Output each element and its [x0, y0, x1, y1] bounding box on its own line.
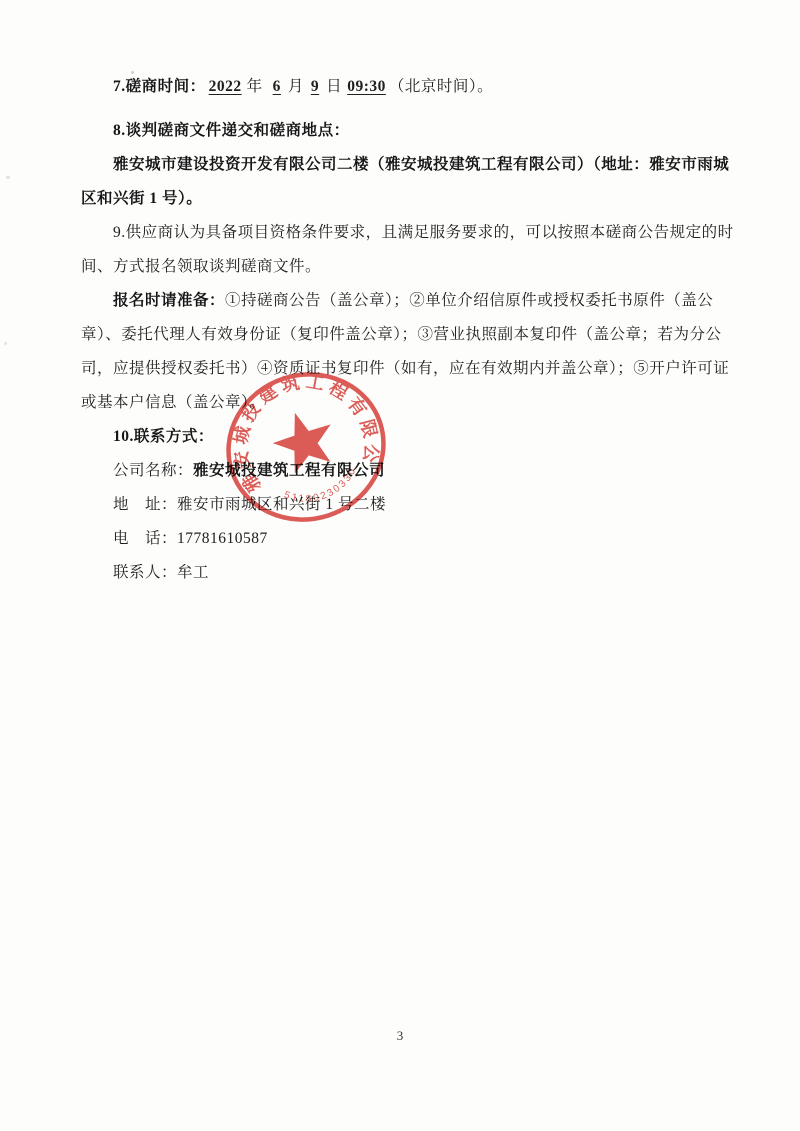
meeting-year-value: 2022 [206, 78, 245, 95]
meeting-year-unit: 年 [245, 78, 265, 95]
company-name-label: 公司名称： [113, 462, 193, 479]
meeting-day-unit: 日 [324, 78, 344, 95]
company-seal: 雅安城投建筑工程有限公司 51180230330 [221, 366, 391, 528]
location-line-2: 区和兴街 1 号）。 [81, 182, 739, 216]
scan-speck [4, 342, 7, 345]
seal-star [266, 403, 342, 477]
contact-person-value: 牟工 [177, 564, 209, 581]
address-line: 地 址：雅安市雨城区和兴街 1 号二楼 [81, 488, 739, 522]
contact-section-heading: 10.联系方式： [81, 420, 739, 454]
meeting-time-label: 7.磋商时间： [113, 78, 206, 95]
company-name-line: 公司名称：雅安城投建筑工程有限公司 [81, 454, 739, 488]
meeting-month-unit: 月 [286, 78, 306, 95]
meeting-time-suffix: （北京时间）。 [389, 78, 493, 95]
meeting-time-line: 7.磋商时间：2022年6月9日09:30（北京时间）。 [81, 70, 739, 104]
submission-location-heading: 8.谈判磋商文件递交和磋商地点： [81, 114, 739, 148]
signup-line-4: 或基本户信息（盖公章）。 [81, 386, 739, 420]
seal-code-text: 51180230330 [278, 462, 365, 514]
signup-line-1: 报名时请准备：①持磋商公告（盖公章）；②单位介绍信原件或授权委托书原件（盖公 [81, 284, 739, 318]
signup-line-3: 司，应提供授权委托书）④资质证书复印件（如有，应在有效期内并盖公章）；⑤开户许可… [81, 352, 739, 386]
signup-line-1-text: ①持磋商公告（盖公章）；②单位介绍信原件或授权委托书原件（盖公 [225, 292, 713, 309]
meeting-day-value: 9 [306, 78, 324, 95]
page-number: 3 [0, 1028, 800, 1044]
contact-person-line: 联系人：牟工 [81, 556, 739, 590]
document-body: 7.磋商时间：2022年6月9日09:30（北京时间）。 8.谈判磋商文件递交和… [81, 70, 739, 590]
supplier-clause-line-1: 9.供应商认为具备项目资格条件要求，且满足服务要求的，可以按照本磋商公告规定的时 [81, 216, 739, 250]
signup-line-2: 章）、委托代理人有效身份证（复印件盖公章）；③营业执照副本复印件（盖公章；若为分… [81, 318, 739, 352]
location-line-1: 雅安城市建设投资开发有限公司二楼（雅安城投建筑工程有限公司）（地址：雅安市雨城 [81, 148, 739, 182]
phone-label: 电 话： [113, 530, 177, 547]
phone-value: 17781610587 [177, 530, 268, 547]
phone-line: 电 话：17781610587 [81, 522, 739, 556]
scan-speck [6, 176, 10, 179]
document-page: 7.磋商时间：2022年6月9日09:30（北京时间）。 8.谈判磋商文件递交和… [0, 0, 800, 1131]
contact-person-label: 联系人： [113, 564, 177, 581]
address-label: 地 址： [113, 496, 177, 513]
meeting-time-value: 09:30 [344, 78, 389, 95]
meeting-month-value: 6 [265, 78, 286, 95]
supplier-clause-line-2: 间、方式报名领取谈判磋商文件。 [81, 250, 739, 284]
signup-label: 报名时请准备： [113, 292, 225, 309]
